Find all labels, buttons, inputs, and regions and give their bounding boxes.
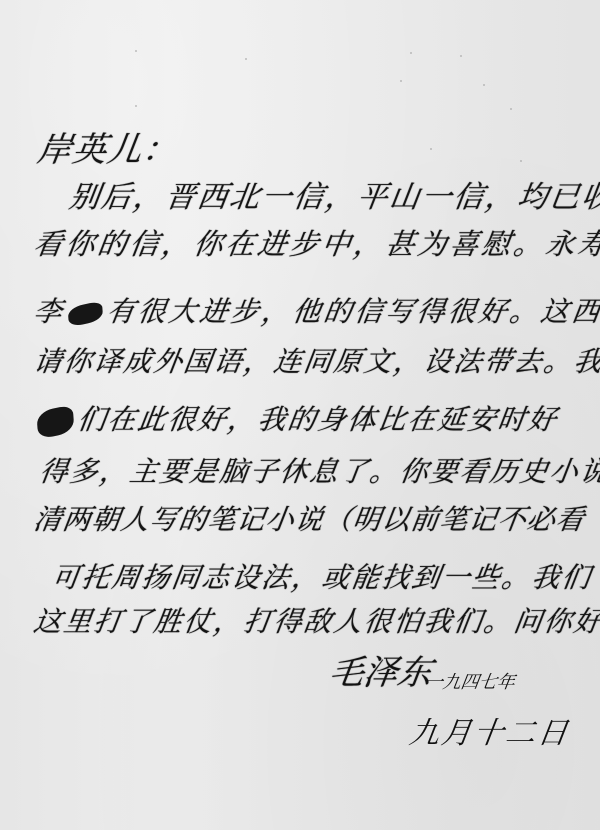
signature-date: 九月十二日 — [407, 708, 573, 752]
letter-line-3: 李有很大进步，他的信写得很好。这西一信， — [31, 290, 600, 330]
letter-line-4: 请你译成外国语，连同原文，设法带去。我 — [31, 340, 600, 380]
signature-year: 一九四七年 — [423, 668, 517, 694]
line-3-prefix: 李 — [31, 295, 67, 328]
line-3-text: 有很大进步，他的信写得很好。这西一信， — [104, 295, 600, 328]
line-5-text: 们在此很好，我的身体比在延安时好 — [75, 403, 560, 436]
letter-line-2: 看你的信，你在进步中，甚为喜慰。永寿近信 — [31, 222, 600, 263]
letter-line-5: 们在此很好，我的身体比在延安时好 — [31, 398, 561, 438]
letter-line-6: 得多，主要是脑子休息了。你要看历史小说，明 — [37, 450, 600, 490]
redaction-mark — [36, 404, 74, 439]
letter-line-9: 这里打了胜仗，打得敌人很怕我们。问你好！ — [31, 600, 600, 640]
signature-name: 毛泽东 — [327, 645, 436, 694]
letter-line-8: 可托周扬同志设法，或能找到一些。我们 — [49, 556, 595, 596]
salutation: 岸英儿： — [35, 122, 182, 171]
letter-line-1: 别后，晋西北一信，平山一信，均已收到。 — [67, 172, 600, 216]
letter-line-7: 清两朝人写的笔记小说（明以前笔记不必看 — [31, 498, 588, 538]
letter-paper: 岸英儿： 别后，晋西北一信，平山一信，均已收到。 看你的信，你在进步中，甚为喜慰… — [0, 0, 600, 830]
redaction-mark — [68, 300, 104, 327]
